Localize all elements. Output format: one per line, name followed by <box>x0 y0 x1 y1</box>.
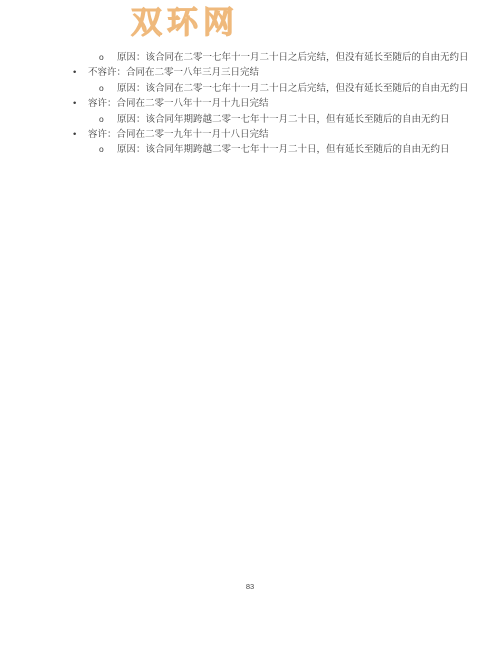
watermark-logo: 双环网 <box>131 0 239 42</box>
sub-bullet-icon: o <box>99 112 117 127</box>
list-item-text: 不容许：合同在二零一八年三月三日完结 <box>88 65 259 80</box>
list-item-text: 原因：该合同在二零一七年十一月二十日之后完结，但没有延长至随后的自由无约日 <box>117 81 469 96</box>
bullet-icon: • <box>73 127 88 142</box>
bullet-icon: • <box>73 65 88 80</box>
list-item: • 容许：合同在二零一八年十一月十九日完结 <box>0 96 500 111</box>
list-item-text: 容许：合同在二零一九年十一月十八日完结 <box>88 127 269 142</box>
list-item-text: 原因：该合同在二零一七年十一月二十日之后完结，但没有延长至随后的自由无约日 <box>117 50 469 65</box>
list-item-text: 原因：该合同年期跨越二零一七年十一月二十日，但有延长至随后的自由无约日 <box>117 112 450 127</box>
bullet-icon: • <box>73 96 88 111</box>
list-item: o 原因：该合同年期跨越二零一七年十一月二十日，但有延长至随后的自由无约日 <box>0 112 500 127</box>
list-item: • 容许：合同在二零一九年十一月十八日完结 <box>0 127 500 142</box>
list-item-text: 容许：合同在二零一八年十一月十九日完结 <box>88 96 269 111</box>
sub-bullet-icon: o <box>99 50 117 65</box>
sub-bullet-icon: o <box>99 142 117 157</box>
bullet-list: o 原因：该合同在二零一七年十一月二十日之后完结，但没有延长至随后的自由无约日 … <box>0 50 500 158</box>
list-item: o 原因：该合同在二零一七年十一月二十日之后完结，但没有延长至随后的自由无约日 <box>0 81 500 96</box>
list-item-text: 原因：该合同年期跨越二零一七年十一月二十日，但有延长至随后的自由无约日 <box>117 142 450 157</box>
list-item: o 原因：该合同在二零一七年十一月二十日之后完结，但没有延长至随后的自由无约日 <box>0 50 500 65</box>
list-item: o 原因：该合同年期跨越二零一七年十一月二十日，但有延长至随后的自由无约日 <box>0 142 500 157</box>
list-item: • 不容许：合同在二零一八年三月三日完结 <box>0 65 500 80</box>
sub-bullet-icon: o <box>99 81 117 96</box>
page-number: 83 <box>0 582 500 591</box>
document-page: 双环网 o 原因：该合同在二零一七年十一月二十日之后完结，但没有延长至随后的自由… <box>0 0 500 647</box>
